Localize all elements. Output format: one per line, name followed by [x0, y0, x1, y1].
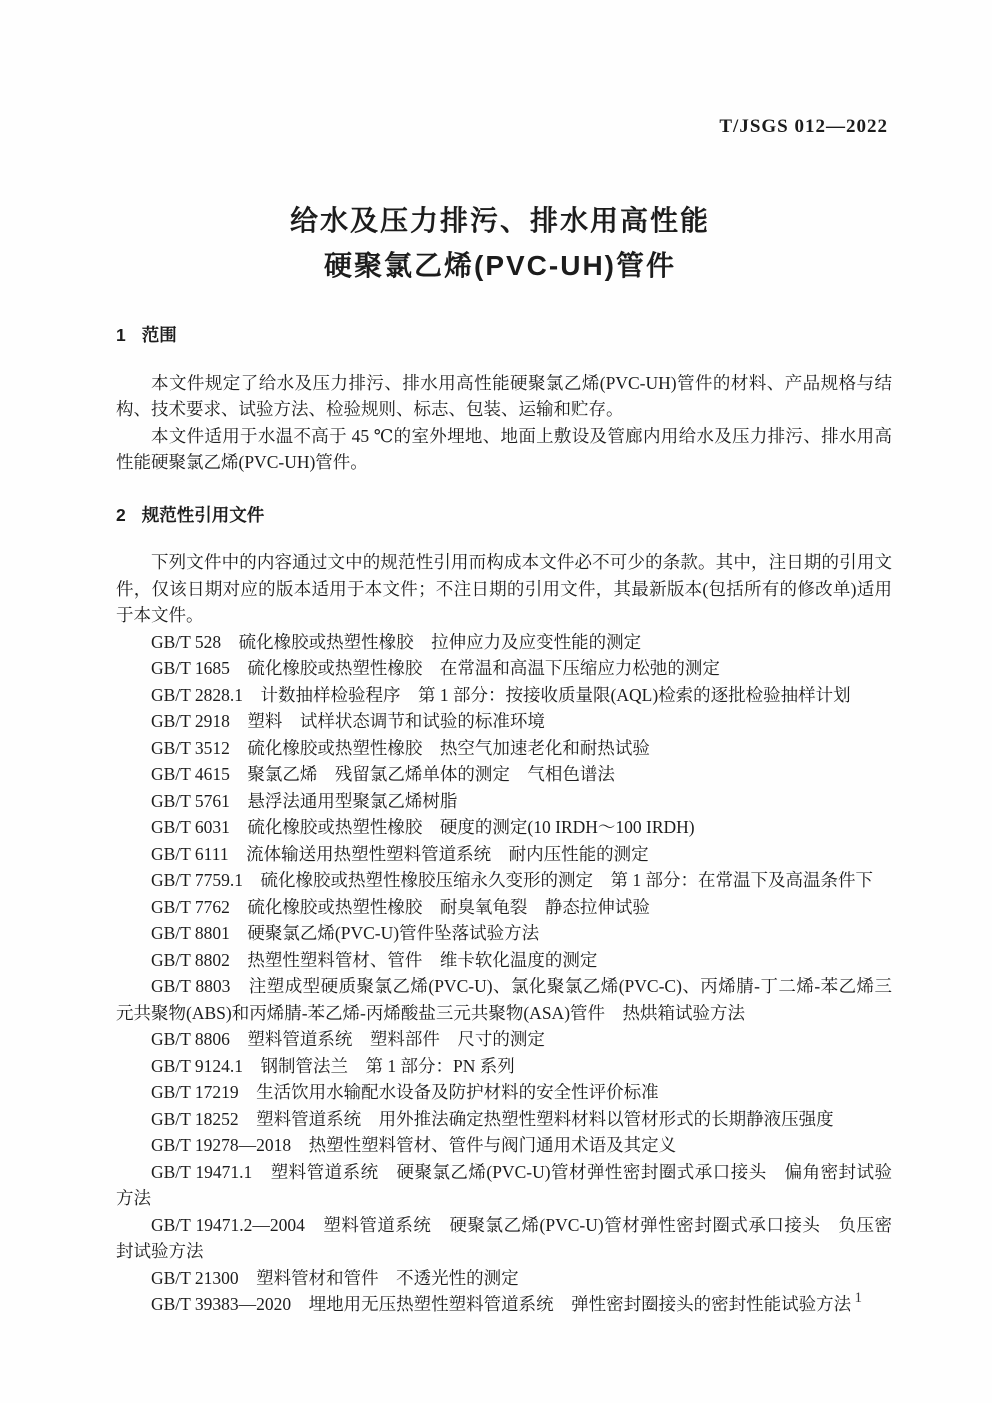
- reference-item: GB/T 3512 硫化橡胶或热塑性橡胶 热空气加速老化和耐热试验: [116, 735, 892, 762]
- document-body: 1范围 本文件规定了给水及压力排污、排水用高性能硬聚氯乙烯(PVC-UH)管件的…: [116, 322, 892, 1318]
- scope-paragraph: 本文件适用于水温不高于 45 ℃的室外埋地、地面上敷设及管廊内用给水及压力排污、…: [116, 423, 892, 476]
- standard-number: T/JSGS 012—2022: [719, 116, 888, 138]
- reference-item: GB/T 5761 悬浮法通用型聚氯乙烯树脂: [116, 788, 892, 815]
- reference-item: GB/T 18252 塑料管道系统 用外推法确定热塑性塑料材料以管材形式的长期静…: [116, 1106, 892, 1133]
- document-title-line2: 硬聚氯乙烯(PVC-UH)管件: [110, 243, 890, 288]
- reference-item: GB/T 6031 硫化橡胶或热塑性橡胶 硬度的测定(10 IRDH～100 I…: [116, 814, 892, 841]
- document-page: T/JSGS 012—2022 给水及压力排污、排水用高性能 硬聚氯乙烯(PVC…: [0, 0, 992, 1403]
- reference-item: GB/T 8806 塑料管道系统 塑料部件 尺寸的测定: [116, 1026, 892, 1053]
- reference-item: GB/T 7759.1 硫化橡胶或热塑性橡胶压缩永久变形的测定 第 1 部分：在…: [116, 867, 892, 894]
- document-title-line1: 给水及压力排污、排水用高性能: [110, 198, 890, 243]
- reference-item: GB/T 19471.1 塑料管道系统 硬聚氯乙烯(PVC-U)管材弹性密封圈式…: [116, 1159, 892, 1212]
- reference-item: GB/T 2918 塑料 试样状态调节和试验的标准环境: [116, 708, 892, 735]
- section-number: 1: [116, 322, 126, 349]
- page-number: 1: [855, 1290, 863, 1307]
- references-intro: 下列文件中的内容通过文中的规范性引用而构成本文件必不可少的条款。其中，注日期的引…: [116, 549, 892, 629]
- scope-paragraph: 本文件规定了给水及压力排污、排水用高性能硬聚氯乙烯(PVC-UH)管件的材料、产…: [116, 370, 892, 423]
- reference-item: GB/T 6111 流体输送用热塑性塑料管道系统 耐内压性能的测定: [116, 841, 892, 868]
- reference-item: GB/T 8801 硬聚氯乙烯(PVC-U)管件坠落试验方法: [116, 920, 892, 947]
- section-heading-normative-references: 2规范性引用文件: [116, 502, 892, 529]
- reference-item: GB/T 17219 生活饮用水输配水设备及防护材料的安全性评价标准: [116, 1079, 892, 1106]
- section-title: 规范性引用文件: [142, 505, 265, 525]
- reference-item: GB/T 9124.1 钢制管法兰 第 1 部分：PN 系列: [116, 1053, 892, 1080]
- reference-item: GB/T 21300 塑料管材和管件 不透光性的测定: [116, 1265, 892, 1292]
- reference-item: GB/T 19471.2—2004 塑料管道系统 硬聚氯乙烯(PVC-U)管材弹…: [116, 1212, 892, 1265]
- section-number: 2: [116, 502, 126, 529]
- reference-item: GB/T 1685 硫化橡胶或热塑性橡胶 在常温和高温下压缩应力松弛的测定: [116, 655, 892, 682]
- reference-item: GB/T 7762 硫化橡胶或热塑性橡胶 耐臭氧龟裂 静态拉伸试验: [116, 894, 892, 921]
- document-title: 给水及压力排污、排水用高性能 硬聚氯乙烯(PVC-UH)管件: [110, 198, 890, 288]
- reference-item: GB/T 4615 聚氯乙烯 残留氯乙烯单体的测定 气相色谱法: [116, 761, 892, 788]
- reference-item: GB/T 8803 注塑成型硬质聚氯乙烯(PVC-U)、氯化聚氯乙烯(PVC-C…: [116, 973, 892, 1026]
- reference-item: GB/T 528 硫化橡胶或热塑性橡胶 拉伸应力及应变性能的测定: [116, 629, 892, 656]
- section-title: 范围: [142, 325, 177, 345]
- reference-item: GB/T 2828.1 计数抽样检验程序 第 1 部分：按接收质量限(AQL)检…: [116, 682, 892, 709]
- reference-item: GB/T 19278—2018 热塑性塑料管材、管件与阀门通用术语及其定义: [116, 1132, 892, 1159]
- reference-item: GB/T 8802 热塑性塑料管材、管件 维卡软化温度的测定: [116, 947, 892, 974]
- reference-item: GB/T 39383—2020 埋地用无压热塑性塑料管道系统 弹性密封圈接头的密…: [116, 1291, 892, 1318]
- section-heading-scope: 1范围: [116, 322, 892, 349]
